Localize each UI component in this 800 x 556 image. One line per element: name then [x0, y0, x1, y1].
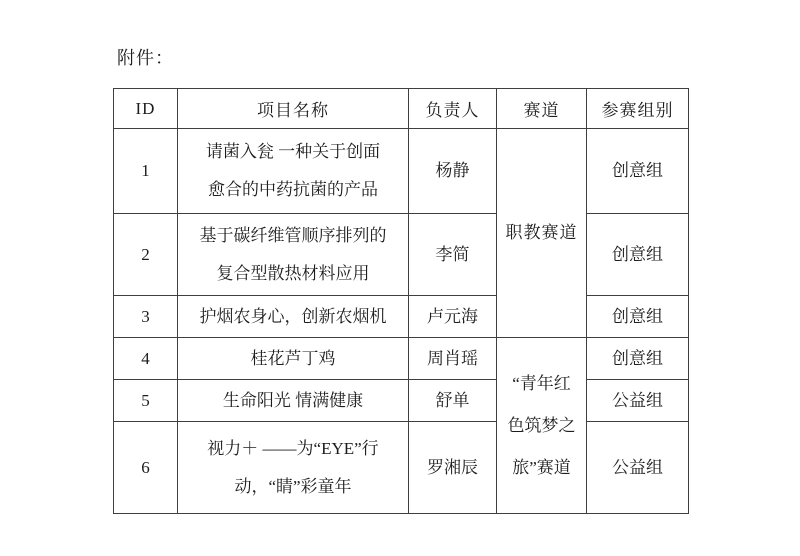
cell-project-name: 视力＋ ——为“EYE”行动，“睛”彩童年: [178, 422, 409, 514]
attachment-label: 附件：: [117, 44, 174, 70]
cell-leader: 卢元海: [409, 296, 497, 338]
cell-group: 创意组: [587, 296, 689, 338]
cell-leader: 李简: [409, 214, 497, 296]
table-row-1: 1 请菌入瓮 一种关于创面愈合的中药抗菌的产品 杨静 职教赛道 创意组: [114, 129, 689, 214]
table-row-4: 4 桂花芦丁鸡 周肖瑶 “青年红色筑梦之旅”赛道 创意组: [114, 338, 689, 380]
cell-leader: 周肖瑶: [409, 338, 497, 380]
table-row-6: 6 视力＋ ——为“EYE”行动，“睛”彩童年 罗湘辰 公益组: [114, 422, 689, 514]
document-page: 附件： ID 项目名称 负责人 赛道 参赛组别 1 请菌入瓮 一种关于创面愈合的…: [0, 0, 800, 556]
cell-track-vocational: 职教赛道: [497, 129, 587, 338]
header-cell-id: ID: [114, 89, 178, 129]
header-row: ID 项目名称 负责人 赛道 参赛组别: [114, 89, 689, 129]
cell-group: 创意组: [587, 214, 689, 296]
cell-id: 2: [114, 214, 178, 296]
cell-group: 公益组: [587, 380, 689, 422]
cell-id: 4: [114, 338, 178, 380]
header-cell-group: 参赛组别: [587, 89, 689, 129]
cell-id: 1: [114, 129, 178, 214]
cell-project-name: 基于碳纤维管顺序排列的复合型散热材料应用: [178, 214, 409, 296]
table-row-3: 3 护烟农身心，创新农烟机 卢元海 创意组: [114, 296, 689, 338]
table-row-2: 2 基于碳纤维管顺序排列的复合型散热材料应用 李简 创意组: [114, 214, 689, 296]
cell-project-name: 生命阳光 情满健康: [178, 380, 409, 422]
header-cell-leader: 负责人: [409, 89, 497, 129]
cell-leader: 杨静: [409, 129, 497, 214]
header-cell-track: 赛道: [497, 89, 587, 129]
cell-id: 3: [114, 296, 178, 338]
projects-table: ID 项目名称 负责人 赛道 参赛组别 1 请菌入瓮 一种关于创面愈合的中药抗菌…: [113, 88, 689, 514]
cell-project-name: 护烟农身心，创新农烟机: [178, 296, 409, 338]
cell-leader: 罗湘辰: [409, 422, 497, 514]
cell-id: 5: [114, 380, 178, 422]
table-row-5: 5 生命阳光 情满健康 舒单 公益组: [114, 380, 689, 422]
cell-group: 公益组: [587, 422, 689, 514]
cell-leader: 舒单: [409, 380, 497, 422]
header-cell-project-name: 项目名称: [178, 89, 409, 129]
cell-track-red-dream: “青年红色筑梦之旅”赛道: [497, 338, 587, 514]
cell-project-name: 请菌入瓮 一种关于创面愈合的中药抗菌的产品: [178, 129, 409, 214]
cell-group: 创意组: [587, 129, 689, 214]
cell-id: 6: [114, 422, 178, 514]
cell-group: 创意组: [587, 338, 689, 380]
cell-project-name: 桂花芦丁鸡: [178, 338, 409, 380]
